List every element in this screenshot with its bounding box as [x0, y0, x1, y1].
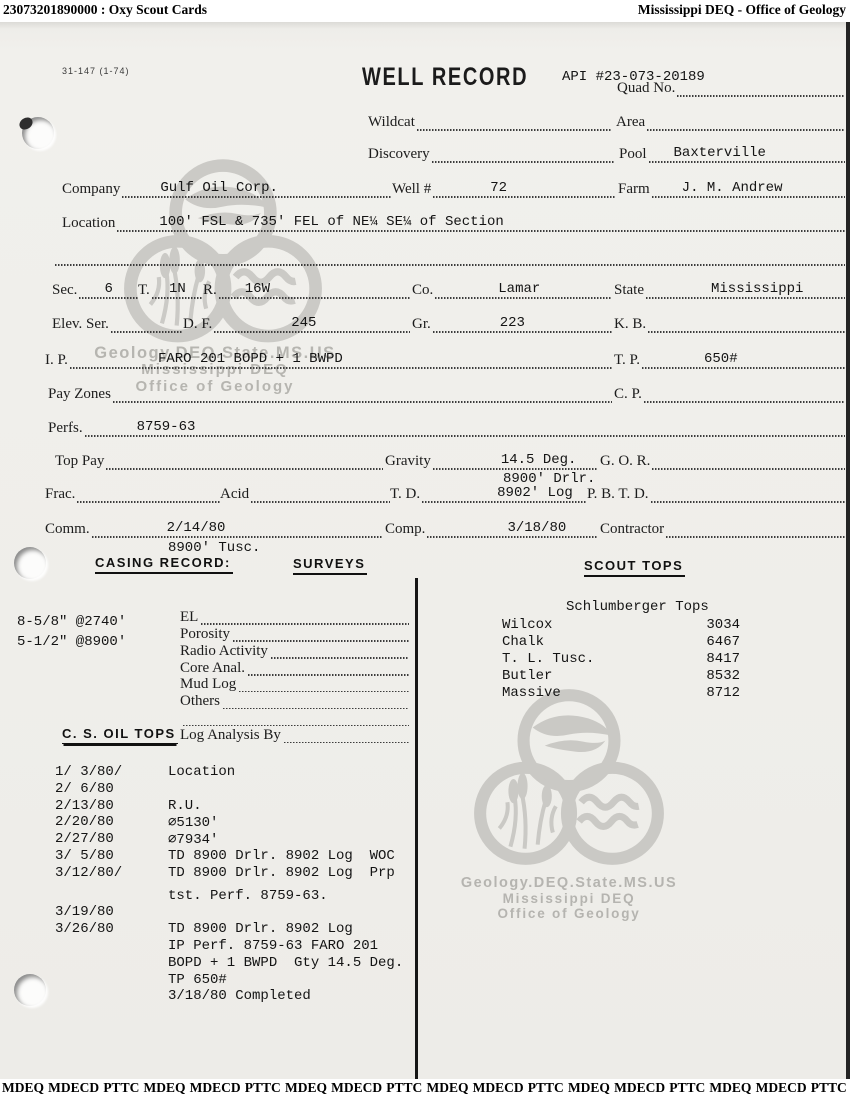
dotted-line: [677, 77, 845, 97]
field-value: 223: [500, 315, 525, 333]
field-value: 1N: [169, 281, 186, 299]
field-label: Elev. Ser.: [52, 317, 111, 333]
dotted-line: 245: [214, 313, 410, 333]
field-gravity: Gravity 14.5 Deg.: [385, 450, 598, 470]
survey-row: EL: [180, 609, 409, 626]
field-tubing-pressure: T. P. 650#: [614, 349, 845, 369]
field-pool: Pool Baxterville: [619, 143, 845, 163]
survey-label: Log Analysis By: [180, 728, 284, 744]
dotted-line: [647, 111, 845, 131]
dotted-line: FARO 201 BOPD + 1 BWPD: [70, 349, 612, 369]
log-note: ∅7934': [168, 831, 218, 848]
field-label: Acid: [220, 487, 251, 503]
dotted-line: [111, 313, 183, 333]
log-date: [55, 888, 168, 905]
footer-org-token: MDECD: [473, 1080, 524, 1096]
field-label: Contractor: [600, 522, 666, 538]
dotted-line: [644, 383, 845, 403]
footer-org-token: MDEQ: [2, 1080, 44, 1096]
survey-row: Core Anal.: [180, 660, 409, 677]
field-value: 245: [291, 315, 316, 333]
log-date: 2/ 6/80: [55, 781, 168, 798]
log-date: 2/20/80: [55, 814, 168, 831]
section-divider-line: [415, 578, 418, 1097]
footer-org-token: MDEQ: [285, 1080, 327, 1096]
field-label: Sec.: [52, 283, 79, 299]
field-farm: Farm J. M. Andrew: [618, 178, 845, 198]
oil-top-row: BOPD + 1 BWPD Gty 14.5 Deg.: [55, 955, 415, 972]
field-label: K. B.: [614, 317, 648, 333]
footer-org-token: MDECD: [614, 1080, 665, 1096]
survey-row: Radio Activity: [180, 643, 409, 660]
survey-row: Others: [180, 693, 409, 710]
field-commenced: Comm. 2/14/80: [45, 518, 383, 538]
oil-top-row: 1/ 3/80/ Location: [55, 764, 415, 781]
scout-tops-heading: SCOUT TOPS: [584, 558, 685, 577]
footer-org-token: MDEQ: [709, 1080, 751, 1096]
footer-org-token: MDEQ: [426, 1080, 468, 1096]
field-value: 14.5 Deg.: [501, 452, 577, 470]
field-area: Area: [616, 111, 845, 131]
log-date: 3/19/80: [55, 904, 168, 921]
viewer-footer-bar: MDEQMDECDPTTCMDEQMDECDPTTCMDEQMDECDPTTCM…: [0, 1079, 850, 1097]
log-note: TD 8900 Drlr. 8902 Log Prp: [168, 865, 395, 882]
footer-org-token: PTTC: [669, 1080, 705, 1096]
log-date: 2/13/80: [55, 798, 168, 815]
formation-name: Butler: [502, 668, 552, 685]
surveys-heading: SURVEYS: [293, 556, 367, 575]
viewer-header-bar: 23073201890000 : Oxy Scout Cards Mississ…: [0, 0, 850, 22]
oil-top-row: IP Perf. 8759-63 FARO 201: [55, 938, 415, 955]
field-state: State Mississippi: [614, 279, 845, 299]
field-label: Gr.: [412, 317, 433, 333]
field-elev-ser: Elev. Ser.: [52, 313, 183, 333]
log-date: 1/ 3/80/: [55, 764, 168, 781]
oil-top-row: 2/20/80 ∅5130': [55, 814, 415, 831]
field-completed: Comp. 3/18/80: [385, 518, 598, 538]
dotted-line: [248, 660, 409, 677]
field-label: R.: [203, 283, 219, 299]
punch-hole: [22, 117, 54, 149]
dotted-line: Lamar: [435, 279, 612, 299]
dotted-line: [652, 450, 845, 470]
field-gas-oil-ratio: G. O. R.: [600, 450, 845, 470]
field-initial-production: I. P. FARO 201 BOPD + 1 BWPD: [45, 349, 612, 369]
dotted-line: [183, 710, 409, 727]
location-continuation-line: [55, 246, 845, 266]
form-number: 31-147 (1-74): [62, 66, 130, 76]
log-note: ∅5130': [168, 814, 218, 831]
oil-top-row: 2/ 6/80: [55, 781, 415, 798]
dotted-line: [113, 383, 612, 403]
casing-record-list: 8-5/8" @2740'5-1/2" @8900': [17, 612, 126, 652]
field-value: Mississippi: [711, 281, 803, 299]
dotted-line: [284, 727, 409, 744]
oil-tops-heading: C. S. OIL TOPS: [62, 726, 178, 744]
oil-top-row: 3/19/80: [55, 904, 415, 921]
oil-top-row: 3/ 5/80 TD 8900 Drlr. 8902 Log WOC: [55, 848, 415, 865]
dotted-line: [106, 450, 383, 470]
footer-org-token: MDEQ: [568, 1080, 610, 1096]
footer-org-token: MDECD: [48, 1080, 99, 1096]
scanned-page: Geology.DEQ.State.MS.US Mississippi DEQ …: [0, 22, 850, 1079]
dotted-line: 1N: [152, 279, 203, 299]
dotted-line: 223: [433, 313, 612, 333]
footer-org-token: PTTC: [386, 1080, 422, 1096]
formation-depth: 8532: [706, 668, 740, 685]
field-wildcat: Wildcat: [368, 111, 612, 131]
log-date: [55, 955, 168, 972]
field-label: C. P.: [614, 387, 644, 403]
log-date: 3/12/80/: [55, 865, 168, 882]
oil-top-row: 2/13/80 R.U.: [55, 798, 415, 815]
deq-watermark-logo: [468, 685, 670, 877]
field-kelly-bushing: K. B.: [614, 313, 845, 333]
dotted-line: [223, 693, 409, 710]
field-label: Discovery: [368, 147, 432, 163]
field-value: 8902' Log: [497, 485, 573, 503]
footer-org-token: MDECD: [190, 1080, 241, 1096]
log-date: 3/26/80: [55, 921, 168, 938]
dotted-line: [417, 111, 612, 131]
formation-name: Massive: [502, 685, 561, 702]
dotted-line: [432, 143, 615, 163]
dotted-line: [666, 518, 845, 538]
field-label: Area: [616, 115, 647, 131]
field-label: Comm.: [45, 522, 92, 538]
log-date: 3/ 5/80: [55, 848, 168, 865]
log-date: [55, 972, 168, 989]
field-derrick-floor: D. F. 245: [183, 313, 410, 333]
dotted-line: 3/18/80: [427, 518, 598, 538]
field-value: FARO 201 BOPD + 1 BWPD: [158, 351, 343, 369]
field-range: R. 16W: [203, 279, 410, 299]
field-value: 72: [490, 180, 507, 198]
field-frac: Frac.: [45, 483, 220, 503]
log-note: 3/18/80 Completed: [168, 988, 311, 1005]
survey-row: Mud Log: [180, 677, 409, 694]
footer-org-token: MDECD: [331, 1080, 382, 1096]
field-value: 100' FSL & 735' FEL of NE¼ SE¼ of Sectio…: [159, 214, 503, 232]
survey-label: Core Anal.: [180, 661, 248, 677]
survey-label: Mud Log: [180, 677, 239, 693]
field-label: Pool: [619, 147, 649, 163]
scout-top-row: Wilcox 3034: [502, 617, 740, 634]
formation-name: Chalk: [502, 634, 544, 651]
dotted-line: 2/14/80: [92, 518, 383, 538]
dotted-line: [251, 483, 390, 503]
field-value: 650#: [704, 351, 738, 369]
log-note: IP Perf. 8759-63 FARO 201: [168, 938, 378, 955]
footer-org-token: PTTC: [811, 1080, 847, 1096]
field-value: 2/14/80: [167, 520, 226, 538]
dotted-line: 6: [79, 279, 138, 299]
dotted-line: 16W: [219, 279, 410, 299]
field-value: Baxterville: [674, 145, 766, 163]
dotted-line: [55, 246, 845, 266]
field-pay-zones: Pay Zones: [48, 383, 612, 403]
oil-top-row: tst. Perf. 8759-63.: [55, 888, 415, 905]
casing-record-heading: CASING RECORD:: [95, 555, 233, 574]
dotted-line: [271, 643, 409, 660]
deq-watermark-text: Geology.DEQ.State.MS.US Mississippi DEQ …: [453, 875, 685, 921]
document-id-title: 23073201890000 : Oxy Scout Cards: [3, 2, 207, 18]
survey-row: Porosity: [180, 626, 409, 643]
agency-title: Mississippi DEQ - Office of Geology: [638, 2, 846, 18]
casing-row: 8-5/8" @2740': [17, 612, 126, 632]
oil-top-row: 3/12/80/ TD 8900 Drlr. 8902 Log Prp: [55, 865, 415, 882]
field-label: T. P.: [614, 353, 642, 369]
footer-org-token: PTTC: [528, 1080, 564, 1096]
scout-top-row: Butler 8532: [502, 668, 740, 685]
field-pbtd: P. B. T. D.: [587, 483, 845, 503]
field-label: G. O. R.: [600, 454, 652, 470]
watermark-url: Geology.DEQ.State.MS.US: [453, 875, 685, 891]
field-label: Pay Zones: [48, 387, 113, 403]
field-total-depth: T. D. 8902' Log: [390, 483, 587, 503]
survey-label: Porosity: [180, 627, 233, 643]
dotted-line: [77, 483, 220, 503]
comm-tuscaloosa-note: 8900' Tusc.: [168, 540, 260, 556]
dotted-line: [239, 677, 409, 694]
scout-tops-subtitle: Schlumberger Tops: [566, 599, 709, 615]
field-well-number: Well # 72: [392, 178, 616, 198]
field-acid: Acid: [220, 483, 390, 503]
field-perforations: Perfs. 8759-63: [48, 417, 845, 437]
field-discovery: Discovery: [368, 143, 615, 163]
formation-name: T. L. Tusc.: [502, 651, 594, 668]
field-value: 6: [105, 281, 113, 299]
field-ground: Gr. 223: [412, 313, 612, 333]
dotted-line: 650#: [642, 349, 845, 369]
survey-row: [180, 710, 409, 727]
dotted-line: [233, 626, 409, 643]
field-county: Co. Lamar: [412, 279, 612, 299]
field-label: T. D.: [390, 487, 422, 503]
oil-tops-log: 1/ 3/80/ Location 2/ 6/80 2/13/80 R.U. 2…: [55, 764, 415, 1005]
field-label: Frac.: [45, 487, 77, 503]
field-value: J. M. Andrew: [682, 180, 783, 198]
footer-org-token: MDEQ: [143, 1080, 185, 1096]
field-label: T.: [138, 283, 152, 299]
formation-name: Wilcox: [502, 617, 552, 634]
field-label: Location: [62, 216, 117, 232]
screenshot-stage: 23073201890000 : Oxy Scout Cards Mississ…: [0, 0, 850, 1097]
field-label: Comp.: [385, 522, 427, 538]
dotted-line: Baxterville: [649, 143, 845, 163]
dotted-line: [651, 483, 845, 503]
footer-org-token: PTTC: [103, 1080, 139, 1096]
field-label: Farm: [618, 182, 652, 198]
form-title: WELL RECORD: [362, 63, 528, 92]
footer-org-token: MDECD: [756, 1080, 807, 1096]
watermark-office: Office of Geology: [453, 906, 685, 921]
formation-depth: 8712: [706, 685, 740, 702]
scout-tops-table: Wilcox 3034 Chalk 6467 T. L. Tusc. 8417 …: [502, 617, 740, 702]
field-value: 8759-63: [137, 419, 196, 437]
field-value: 16W: [245, 281, 270, 299]
casing-row: 5-1/2" @8900': [17, 632, 126, 652]
punch-hole: [14, 974, 46, 1006]
dotted-line: 8759-63: [85, 417, 845, 437]
log-note: BOPD + 1 BWPD Gty 14.5 Deg.: [168, 955, 403, 972]
log-note: tst. Perf. 8759-63.: [168, 888, 328, 905]
formation-depth: 6467: [706, 634, 740, 651]
footer-org-token: PTTC: [245, 1080, 281, 1096]
log-note: TP 650#: [168, 972, 227, 989]
field-casing-pressure: C. P.: [614, 383, 845, 403]
field-label: D. F.: [183, 317, 214, 333]
dotted-line: J. M. Andrew: [652, 178, 845, 198]
dotted-line: [201, 609, 409, 626]
log-note: R.U.: [168, 798, 202, 815]
field-label: P. B. T. D.: [587, 487, 651, 503]
field-top-pay: Top Pay: [55, 450, 383, 470]
oil-top-row: 2/27/80 ∅7934': [55, 831, 415, 848]
field-value: 3/18/80: [507, 520, 566, 538]
scout-top-row: Chalk 6467: [502, 634, 740, 651]
field-label: State: [614, 283, 646, 299]
log-note: Location: [168, 764, 235, 781]
field-quad-no: Quad No.: [617, 77, 845, 97]
field-section: Sec. 6: [52, 279, 138, 299]
field-value: Lamar: [498, 281, 540, 299]
log-date: 2/27/80: [55, 831, 168, 848]
dotted-line: Mississippi: [646, 279, 845, 299]
dotted-line: 72: [433, 178, 616, 198]
dotted-line: Gulf Oil Corp.: [122, 178, 392, 198]
dotted-line: 100' FSL & 735' FEL of NE¼ SE¼ of Sectio…: [117, 212, 845, 232]
field-contractor: Contractor: [600, 518, 845, 538]
oil-top-row: 3/26/80 TD 8900 Drlr. 8902 Log: [55, 921, 415, 938]
formation-depth: 8417: [706, 651, 740, 668]
dotted-line: [648, 313, 845, 333]
oil-top-row: TP 650#: [55, 972, 415, 989]
formation-depth: 3034: [706, 617, 740, 634]
field-label: Quad No.: [617, 81, 677, 97]
punch-hole: [14, 547, 46, 579]
dotted-line: 8902' Log: [422, 483, 587, 503]
surveys-list: EL Porosity Radio Activity Core Anal.: [180, 609, 409, 744]
survey-label: EL: [180, 610, 201, 626]
field-label: Co.: [412, 283, 435, 299]
log-note: TD 8900 Drlr. 8902 Log WOC: [168, 848, 395, 865]
log-date: [55, 938, 168, 955]
watermark-agency: Mississippi DEQ: [453, 891, 685, 906]
log-date: [55, 988, 168, 1005]
survey-label: Others: [180, 694, 223, 710]
field-label: I. P.: [45, 353, 70, 369]
field-township: T. 1N: [138, 279, 203, 299]
dotted-line: 14.5 Deg.: [433, 450, 598, 470]
field-company: Company Gulf Oil Corp.: [62, 178, 392, 198]
field-value: Gulf Oil Corp.: [160, 180, 278, 198]
field-label: Well #: [392, 182, 433, 198]
oil-top-row: 3/18/80 Completed: [55, 988, 415, 1005]
field-label: Wildcat: [368, 115, 417, 131]
field-location: Location 100' FSL & 735' FEL of NE¼ SE¼ …: [62, 212, 845, 232]
field-label: Perfs.: [48, 421, 85, 437]
log-note: TD 8900 Drlr. 8902 Log: [168, 921, 353, 938]
survey-label: Radio Activity: [180, 644, 271, 660]
scout-top-row: Massive 8712: [502, 685, 740, 702]
field-label: Company: [62, 182, 122, 198]
field-label: Gravity: [385, 454, 433, 470]
survey-row: Log Analysis By: [180, 727, 409, 744]
scout-top-row: T. L. Tusc. 8417: [502, 651, 740, 668]
field-label: Top Pay: [55, 454, 106, 470]
